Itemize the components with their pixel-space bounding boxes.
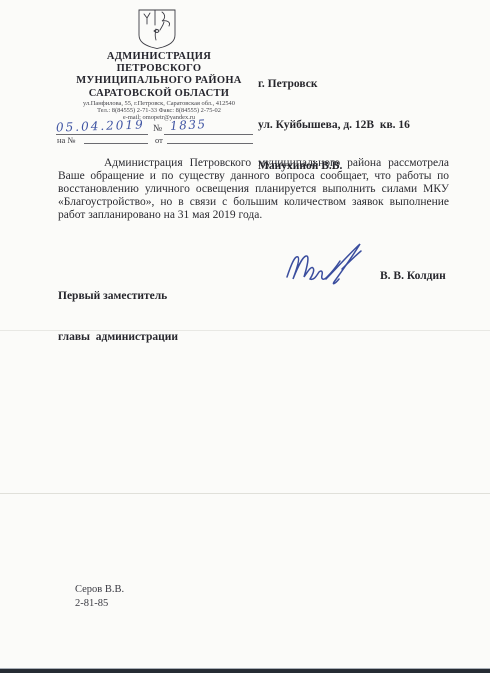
- paper-crease-line: [0, 493, 490, 494]
- org-name-line: САРАТОВСКОЙ ОБЛАСТИ: [53, 88, 265, 100]
- executor-name: Серов В.В.: [75, 583, 124, 597]
- signatory-title-line: главы администрации: [58, 331, 178, 345]
- letterhead-address: ул.Панфилова, 55, г.Петровск, Саратовска…: [53, 100, 265, 107]
- letterhead-phone-fax: Тел.: 8(84555) 2-71-33 Факс: 8(84555) 2-…: [53, 107, 265, 114]
- from-date-underline: [167, 143, 253, 144]
- signature-scribble: [282, 239, 374, 289]
- org-name-line: МУНИЦИПАЛЬНОГО РАЙОНА: [53, 75, 265, 87]
- coat-of-arms-icon: [136, 9, 178, 49]
- org-name-block: АДМИНИСТРАЦИЯ ПЕТРОВСКОГО МУНИЦИПАЛЬНОГО…: [53, 51, 265, 100]
- body-line: восстановлению уличного освещения планир…: [58, 183, 449, 196]
- scan-bottom-edge: [0, 668, 490, 673]
- from-date-label: от: [155, 135, 163, 145]
- scanned-letter-page: { "document": { "letterhead": { "org_lin…: [0, 0, 490, 673]
- body-line: Ваше обращение и по существу данного воп…: [58, 170, 449, 183]
- handwritten-number: 1835: [170, 117, 207, 133]
- recipient-street: ул. Куйбышева, д. 12В кв. 16: [258, 119, 463, 133]
- recipient-city: г. Петровск: [258, 78, 463, 92]
- org-name-line: ПЕТРОВСКОГО: [53, 63, 265, 75]
- in-reply-to-underline: [84, 143, 148, 144]
- body-paragraph: Администрация Петровского муниципального…: [58, 157, 449, 222]
- number-sign-label: №: [153, 124, 162, 134]
- letterhead-contacts: ул.Панфилова, 55, г.Петровск, Саратовска…: [53, 100, 265, 121]
- signatory-title: Первый заместитель главы администрации: [58, 263, 178, 358]
- in-reply-to-label: на №: [57, 135, 76, 145]
- org-name-line: АДМИНИСТРАЦИЯ: [53, 51, 265, 63]
- executor-block: Серов В.В. 2-81-85: [75, 583, 124, 610]
- executor-phone: 2-81-85: [75, 597, 124, 611]
- number-underline: [164, 134, 253, 135]
- paper-crease-line: [0, 330, 490, 331]
- body-line: Администрация Петровского муниципального…: [58, 157, 449, 170]
- body-line: работ запланировано на 31 мая 2019 года.: [58, 209, 449, 222]
- signatory-title-line: Первый заместитель: [58, 290, 178, 304]
- signatory-name: В. В. Колдин: [380, 270, 446, 282]
- handwritten-date: 05.04.2019: [56, 117, 145, 134]
- body-line: «Благоустройство», но в связи с большим …: [58, 196, 449, 209]
